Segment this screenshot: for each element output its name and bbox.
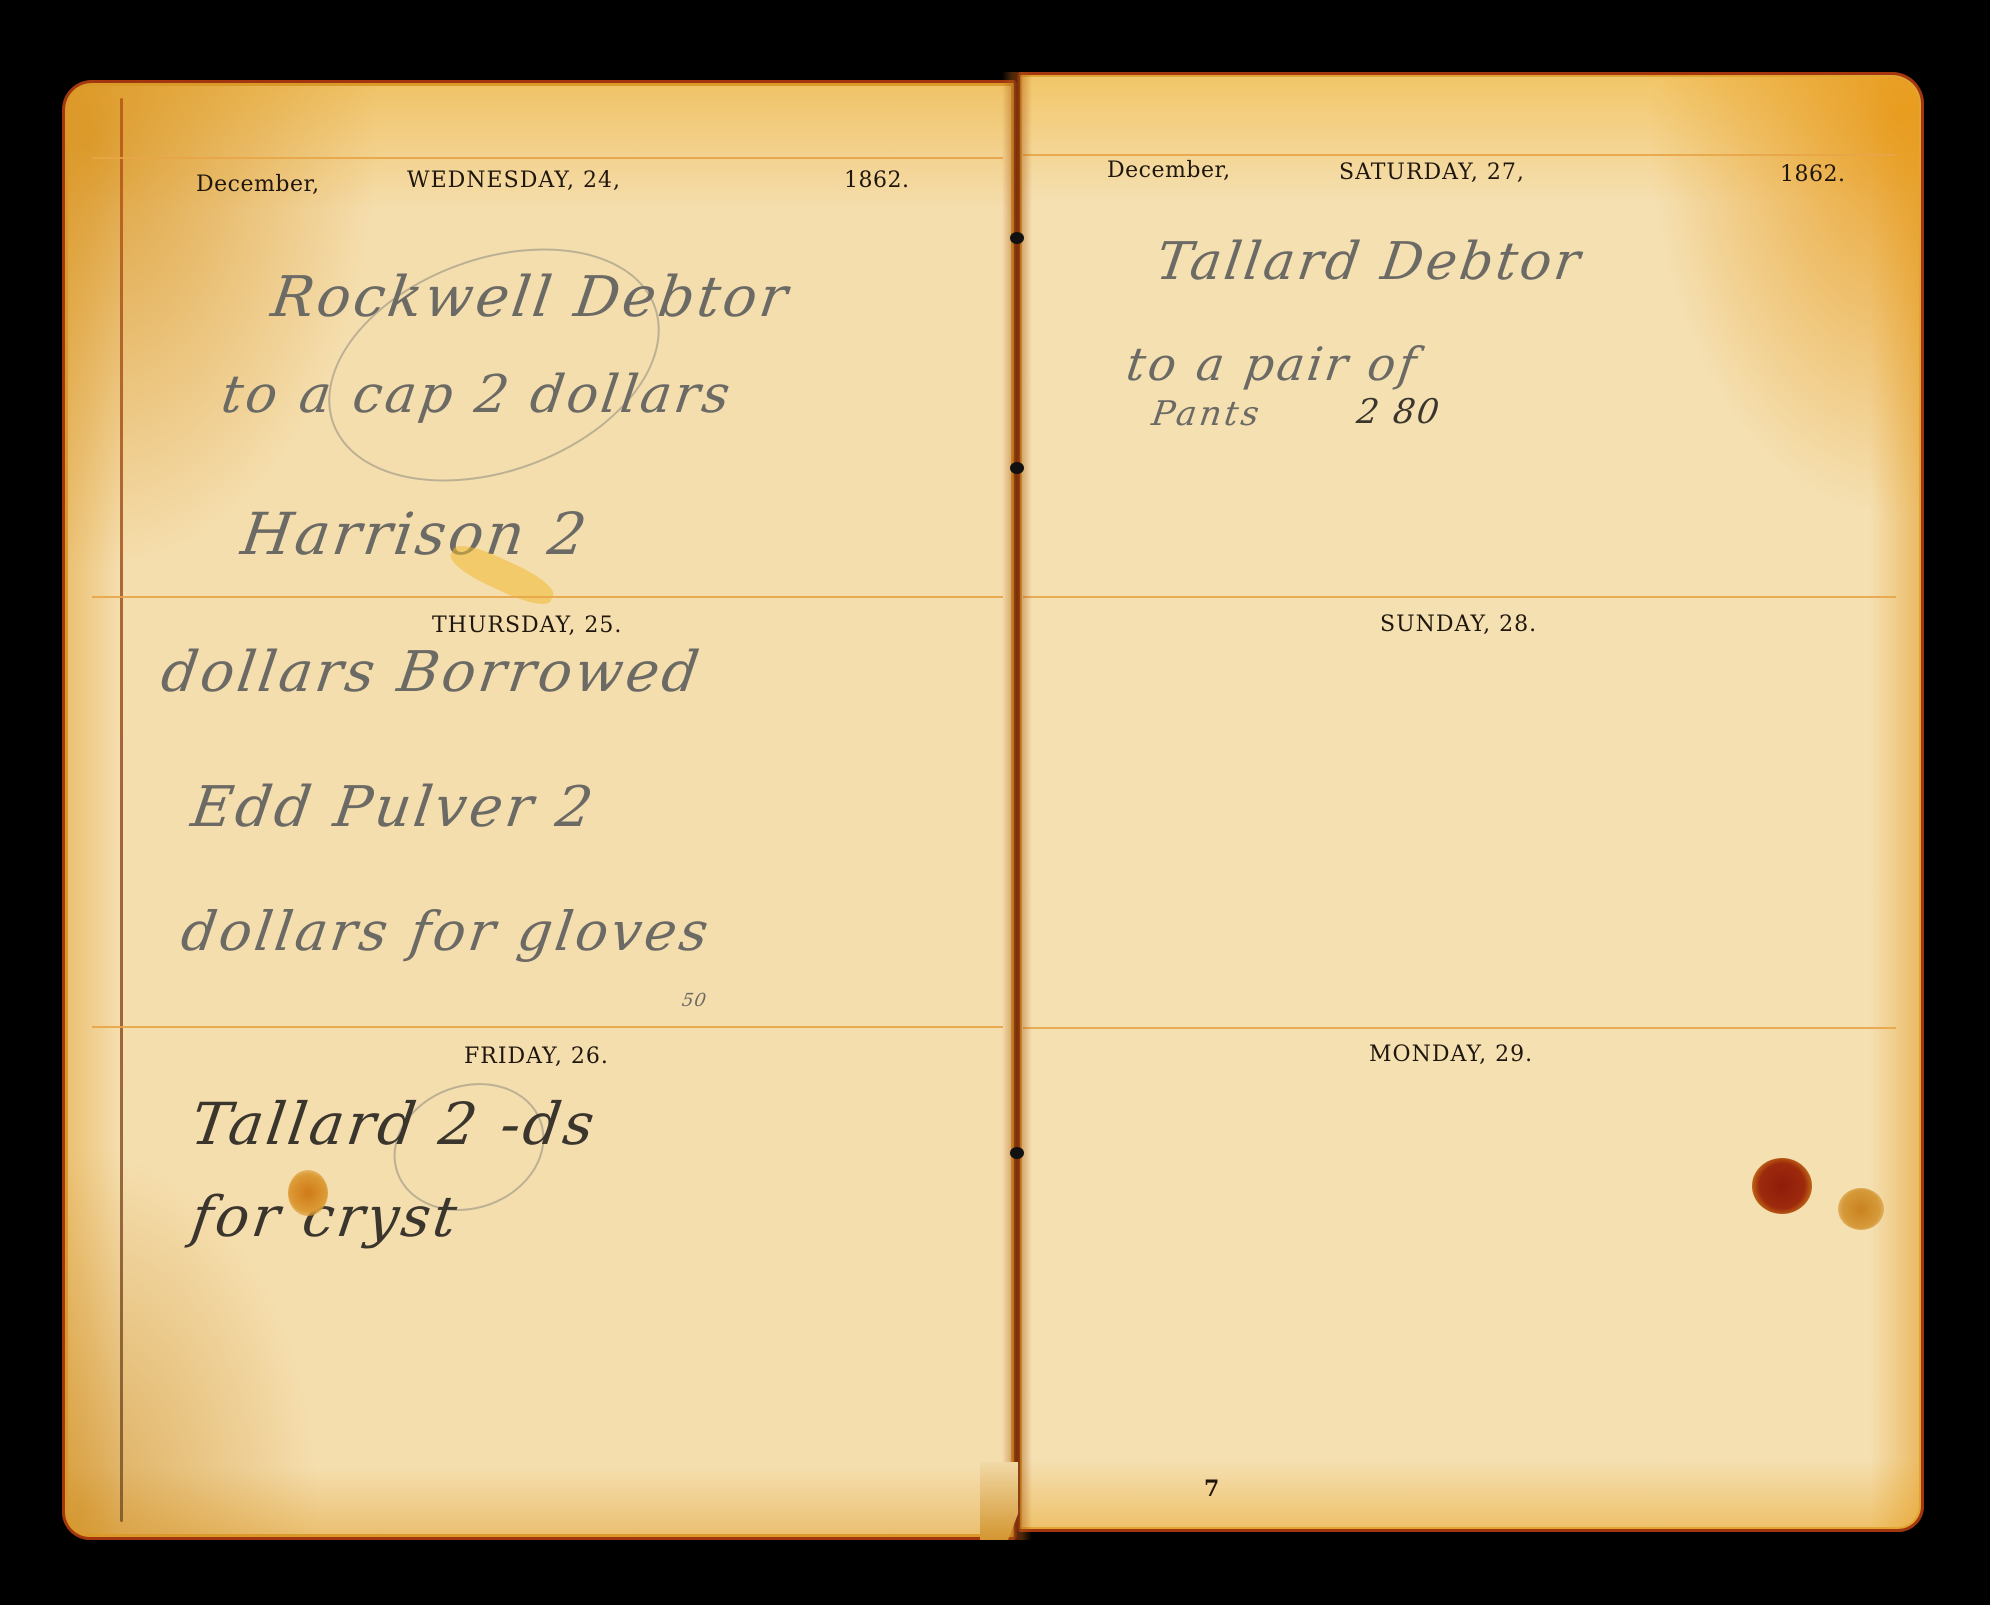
entry-line: Harrison 2 bbox=[237, 500, 593, 568]
entry-line: Edd Pulver 2 bbox=[187, 775, 599, 840]
page-edge-line bbox=[120, 98, 123, 1522]
header-year: 1862. bbox=[844, 168, 909, 193]
day-label-thursday: THURSDAY, 25. bbox=[432, 613, 622, 638]
stain-dark bbox=[1752, 1158, 1812, 1214]
entry-line: Tallard Debtor bbox=[1153, 232, 1587, 292]
binding-stitch bbox=[1010, 232, 1024, 244]
day-divider bbox=[1023, 596, 1896, 598]
day-label-friday: FRIDAY, 26. bbox=[464, 1044, 609, 1069]
header-rule bbox=[92, 157, 1003, 159]
entry-line: Pants bbox=[1149, 394, 1264, 434]
stain-light bbox=[1838, 1188, 1884, 1230]
entry-line: to a pair of bbox=[1123, 337, 1422, 391]
page-number: 7 bbox=[1204, 1476, 1219, 1502]
header-month: December, bbox=[196, 172, 320, 197]
binding-stitch bbox=[1010, 462, 1024, 474]
margin-note: 50 bbox=[681, 990, 709, 1011]
header-day: SATURDAY, 27, bbox=[1339, 160, 1525, 185]
right-page: December, SATURDAY, 27, 1862. Tallard De… bbox=[1017, 72, 1924, 1532]
header-month: December, bbox=[1107, 158, 1231, 183]
header-year: 1862. bbox=[1780, 162, 1845, 187]
entry-line: to a cap 2 dollars bbox=[218, 365, 737, 425]
day-label-sunday: SUNDAY, 28. bbox=[1380, 612, 1537, 637]
entry-line: dollars Borrowed bbox=[157, 640, 705, 705]
entry-line: Tallard 2 -ds bbox=[187, 1090, 601, 1158]
stain bbox=[288, 1170, 328, 1216]
header-rule bbox=[1023, 154, 1896, 156]
open-diary: December, WEDNESDAY, 24, 1862. Rockwell … bbox=[62, 72, 1924, 1540]
left-page: December, WEDNESDAY, 24, 1862. Rockwell … bbox=[62, 80, 1017, 1540]
day-divider bbox=[92, 1026, 1003, 1028]
day-divider bbox=[92, 596, 1003, 598]
header-day: WEDNESDAY, 24, bbox=[407, 168, 621, 193]
day-divider bbox=[1023, 1027, 1896, 1029]
entry-line: Rockwell Debtor bbox=[267, 265, 794, 330]
binding-stitch bbox=[1010, 1147, 1024, 1159]
entry-line: dollars for gloves bbox=[178, 900, 715, 963]
day-label-monday: MONDAY, 29. bbox=[1369, 1042, 1533, 1067]
entry-amount: 2 80 bbox=[1354, 392, 1443, 432]
